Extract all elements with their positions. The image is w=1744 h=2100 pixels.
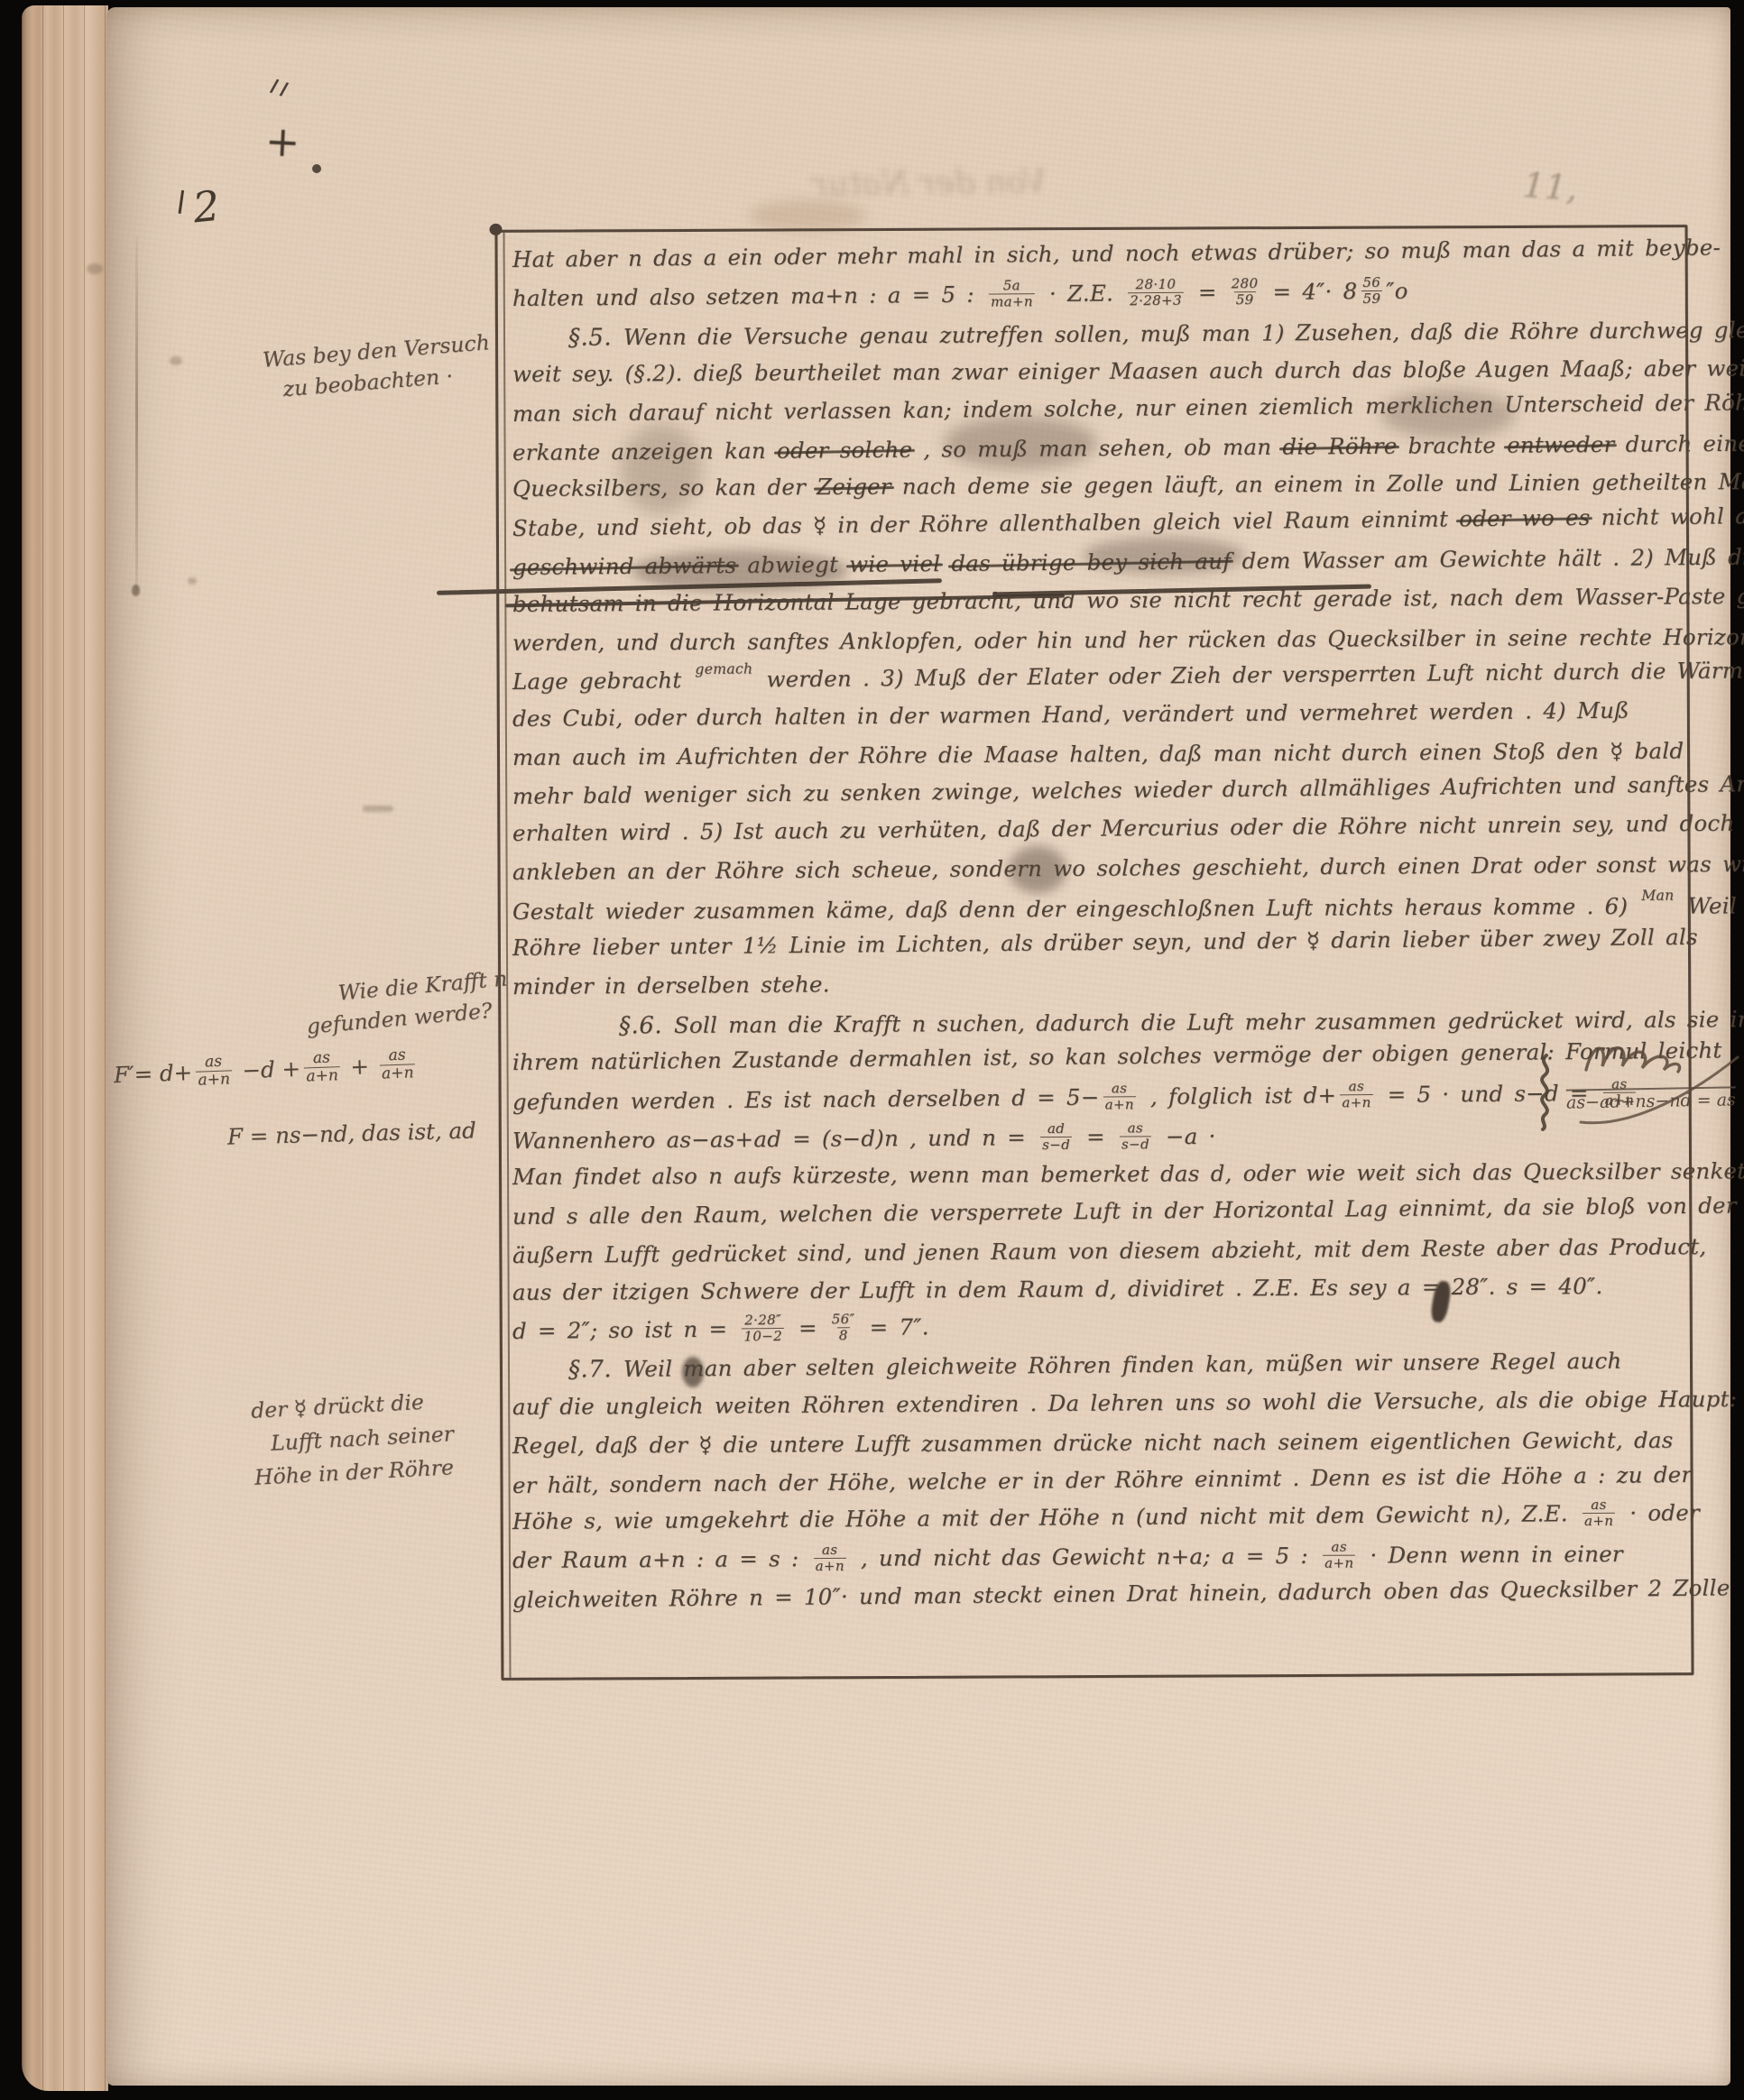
page-number: 2 [191,185,222,229]
inline-fraction: asa+n [1323,1540,1356,1571]
ink-squiggle [1534,1054,1557,1131]
inline-fraction: 5ama+n [989,279,1035,310]
manuscript-page-scan: Von der Natur 11, ıı + 2 Hat aber n das … [0,0,1744,2100]
crease-ink-dot [132,585,140,596]
inline-fraction: asa+n [1583,1497,1616,1529]
binding-crease [135,236,138,590]
manuscript-line: minder in derselben stehe. [512,960,1685,1007]
manuscript-line: gefunden werden . Es ist nach derselben … [512,1073,1685,1121]
manuscript-line: ankleben an der Röhre sich scheue, sonde… [512,846,1685,892]
manuscript-line: Höhe s, wie umgekehrt die Höhe a mit der… [512,1494,1685,1541]
faint-stain [87,263,103,274]
manuscript-line: auf die ungleich weiten Röhren extendire… [512,1380,1685,1426]
right-margin-formula: as−ad+ns−nd = as [1566,1086,1736,1112]
bleedthrough-marks: 11, [1522,168,1579,206]
inline-fraction: 2·28″10−2 [742,1312,784,1344]
inline-fraction: asa+n [1103,1081,1136,1112]
faint-stain [188,577,197,585]
inline-fraction: asa+n [379,1046,416,1083]
inline-fraction: ass−d [1120,1120,1151,1152]
inline-fraction: asa+n [303,1049,340,1086]
inline-fraction: asa+n [1340,1079,1373,1110]
illegible-margin-annotation [1577,1007,1741,1142]
inline-fraction: 56″8 [832,1312,855,1343]
inline-fraction: ads−d [1040,1121,1072,1153]
frame-inner-rule [503,233,512,1678]
inline-fraction: 28·102·28+3 [1128,277,1184,309]
cross-mark: + [264,120,301,163]
manuscript-line: behutsam in die Horizontal Lage gebracht… [512,577,1685,623]
ink-smudge [749,200,866,231]
manuscript-line: des Cubi, oder durch halten in der warme… [512,691,1685,738]
faint-stain [170,356,182,365]
faint-stain [363,806,393,812]
manuscript-text: Hat aber n das a ein oder mehr mahl in s… [512,242,1685,1618]
manuscript-line: halten und also setzen ma+n : a = 5 : 5a… [512,271,1685,318]
margin-note-mercury-pressure: der ☿ drückt dieLufft nach seinerHöhe in… [250,1384,456,1495]
inline-fraction: 5659 [1361,275,1382,307]
inline-fraction: asa+n [813,1543,846,1574]
inline-fraction: asa+n [195,1053,232,1090]
ink-dot [312,164,321,173]
inline-fraction: 28059 [1232,277,1259,309]
book-page-edges [22,5,108,2091]
